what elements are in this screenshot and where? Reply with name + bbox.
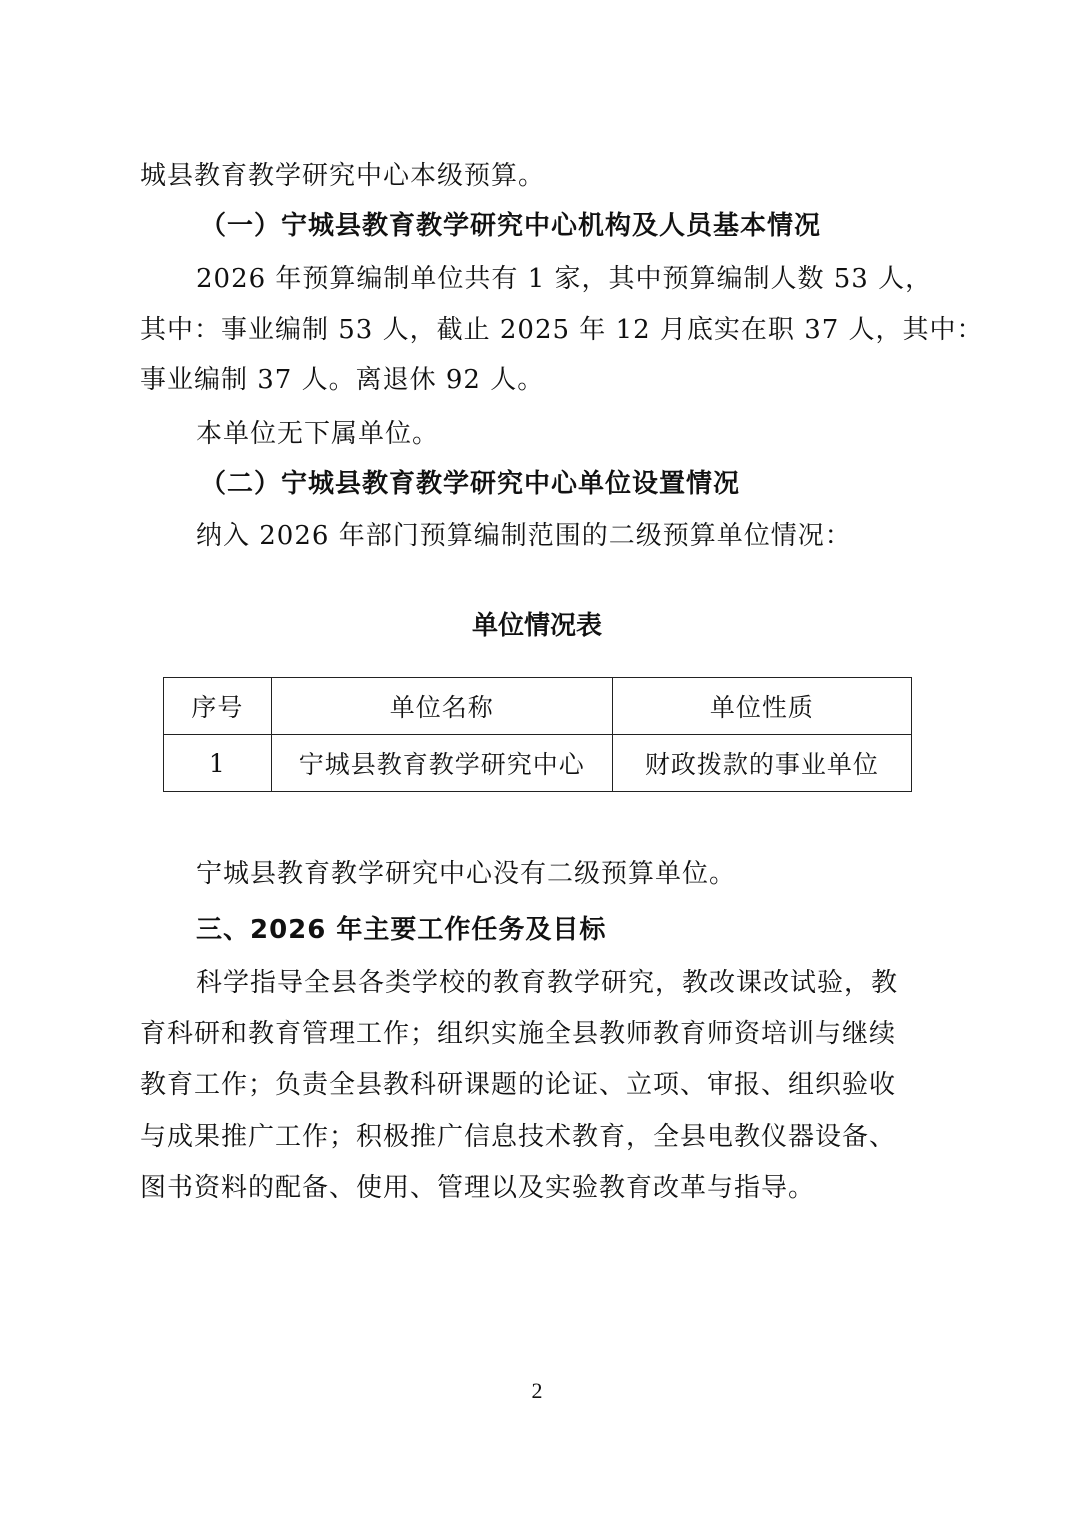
- paragraph-staffing-line-2: 其中：事业编制 53 人，截止 2025 年 12 月底实在职 37 人，其中：: [140, 312, 984, 348]
- section-heading-one: （一）宁城县教育教学研究中心机构及人员基本情况: [200, 208, 821, 244]
- paragraph-tasks-line-5: 图书资料的配备、使用、管理以及实验教育改革与指导。: [140, 1170, 815, 1206]
- table-title: 单位情况表: [0, 608, 1074, 644]
- document-page: 城县教育教学研究中心本级预算。 （一）宁城县教育教学研究中心机构及人员基本情况 …: [0, 0, 1074, 1520]
- paragraph-tasks-line-1: 科学指导全县各类学校的教育教学研究，教改课改试验，教: [196, 965, 898, 1001]
- section-heading-two: （二）宁城县教育教学研究中心单位设置情况: [200, 466, 740, 502]
- cell-serial: 1: [164, 735, 272, 792]
- paragraph-no-subunits: 本单位无下属单位。: [196, 416, 439, 452]
- paragraph-staffing-line-1: 2026 年预算编制单位共有 1 家，其中预算编制人数 53 人，: [196, 261, 932, 297]
- paragraph-tasks-line-2: 育科研和教育管理工作；组织实施全县教师教育师资培训与继续: [140, 1016, 896, 1052]
- cell-unit-nature: 财政拨款的事业单位: [612, 735, 911, 792]
- paragraph-tasks-line-3: 教育工作；负责全县教科研课题的论证、立项、审报、组织验收: [140, 1067, 896, 1103]
- page-number: 2: [0, 1378, 1074, 1404]
- table-row: 1 宁城县教育教学研究中心 财政拨款的事业单位: [164, 735, 912, 792]
- header-serial: 序号: [164, 678, 272, 735]
- paragraph-staffing-line-3: 事业编制 37 人。离退休 92 人。: [140, 362, 544, 398]
- header-unit-nature: 单位性质: [612, 678, 911, 735]
- table-header-row: 序号 单位名称 单位性质: [164, 678, 912, 735]
- paragraph-budget-scope: 纳入 2026 年部门预算编制范围的二级预算单位情况：: [196, 518, 852, 554]
- paragraph-no-secondary-units: 宁城县教育教学研究中心没有二级预算单位。: [196, 856, 736, 892]
- header-unit-name: 单位名称: [271, 678, 612, 735]
- unit-table: 序号 单位名称 单位性质 1 宁城县教育教学研究中心 财政拨款的事业单位: [163, 677, 912, 792]
- paragraph-tasks-line-4: 与成果推广工作；积极推广信息技术教育，全县电教仪器设备、: [140, 1119, 896, 1155]
- cell-unit-name: 宁城县教育教学研究中心: [271, 735, 612, 792]
- paragraph-continuation: 城县教育教学研究中心本级预算。: [140, 158, 545, 194]
- section-heading-three: 三、2026 年主要工作任务及目标: [196, 912, 606, 948]
